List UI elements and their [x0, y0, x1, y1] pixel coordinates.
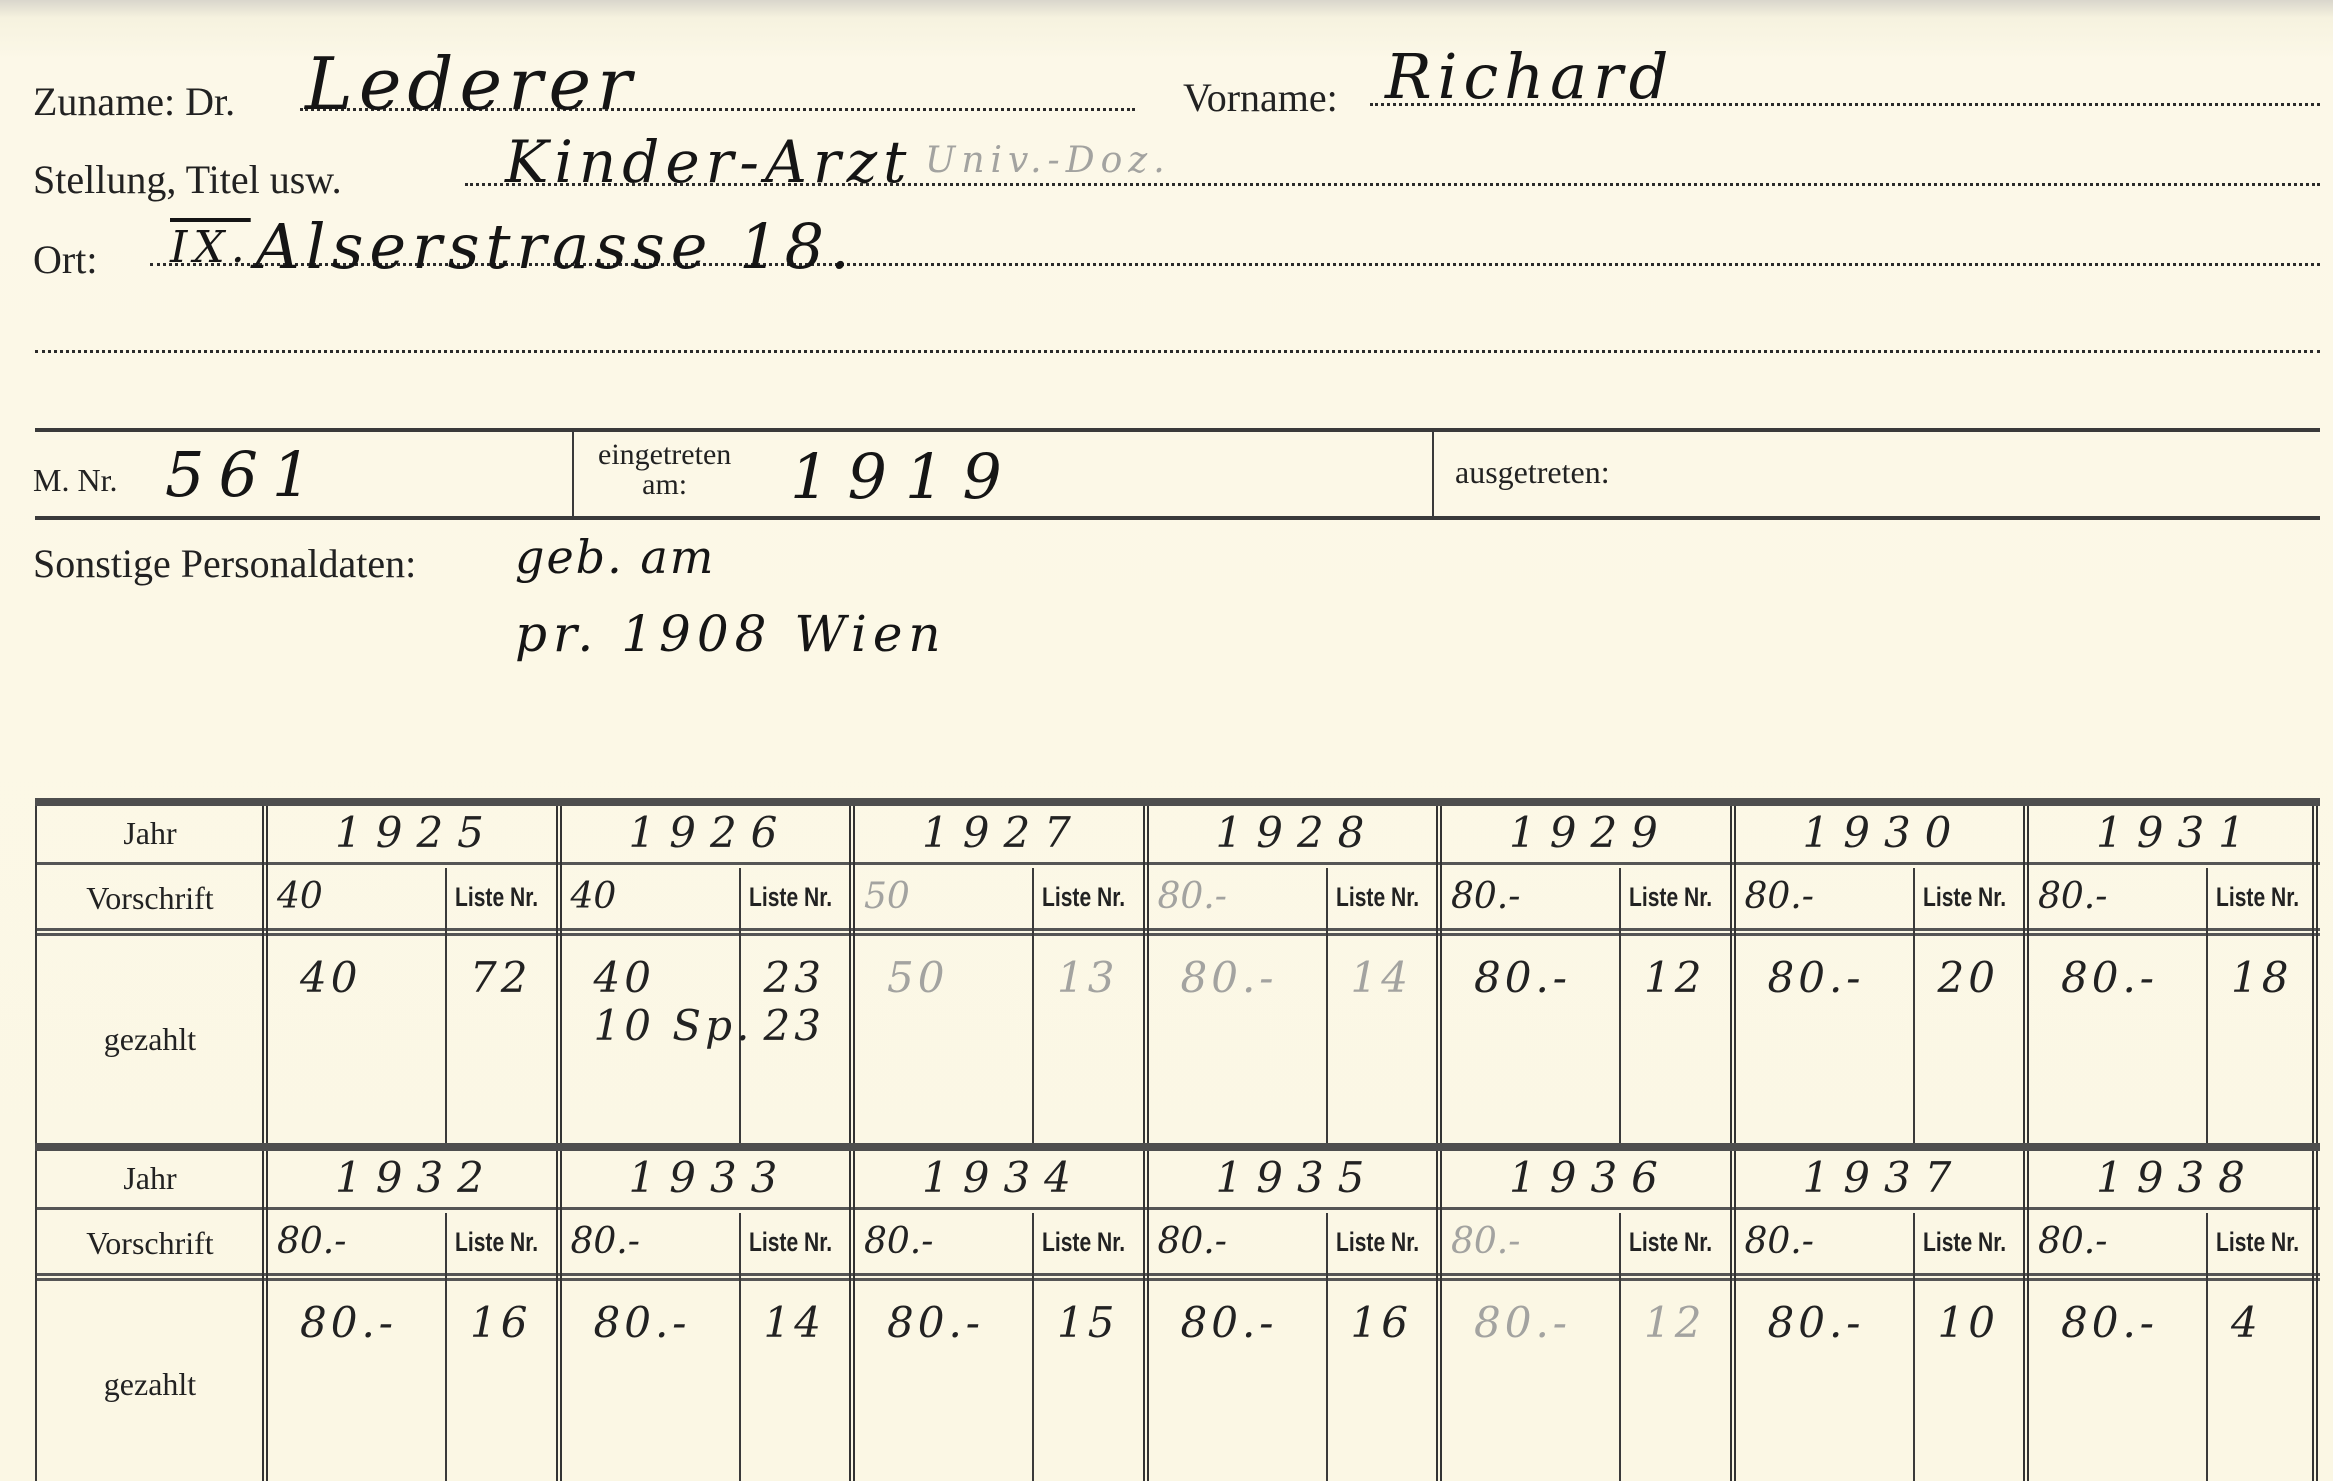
liste-column-divider: [445, 1213, 447, 1481]
table-rule-vorschrift: [35, 928, 2320, 931]
liste-nr-value: 16: [470, 1299, 531, 1347]
liste-column-divider: [1032, 868, 1034, 1143]
liste-nr-value: 23 23: [764, 954, 825, 1050]
vorschrift-label: Vorschrift: [35, 1213, 265, 1273]
stellung-note: Univ.-Doz.: [925, 140, 1171, 181]
liste-nr-value: 12: [1644, 1299, 1705, 1347]
liste-column-divider: [1326, 868, 1328, 1143]
personal-label: Sonstige Personaldaten:: [33, 540, 416, 587]
ort-label: Ort:: [33, 236, 97, 283]
zuname-value: Lederer: [305, 42, 638, 126]
mnr-label: M. Nr.: [33, 462, 117, 499]
year-value: 1933: [629, 1153, 792, 1202]
year-column-divider: [1730, 1151, 1736, 1481]
liste-nr-label: Liste Nr.: [1629, 882, 1712, 913]
payments-table-1932-1938: JahrVorschriftgezahlt193280.-Liste Nr.80…: [35, 1143, 2320, 1481]
year-value: 1931: [2096, 808, 2259, 857]
liste-column-divider: [1032, 1213, 1034, 1481]
year-value: 1935: [1216, 1153, 1379, 1202]
liste-nr-label: Liste Nr.: [1336, 882, 1419, 913]
year-column-divider: [1143, 1151, 1149, 1481]
year-value: 1926: [629, 808, 792, 857]
year-column-divider: [849, 1151, 855, 1481]
vorschrift-label: Vorschrift: [35, 868, 265, 928]
liste-column-divider: [2206, 868, 2208, 1143]
gezahlt-value: 80.-: [1768, 1299, 1865, 1347]
member-divider-1: [572, 432, 574, 516]
stellung-label: Stellung, Titel usw.: [33, 156, 342, 203]
year-value: 1928: [1216, 808, 1379, 857]
year-column-divider: [2023, 1151, 2029, 1481]
ort-value: Alserstrasse 18.: [255, 210, 856, 283]
year-value: 1932: [335, 1153, 498, 1202]
vorschrift-value: 50: [864, 876, 910, 917]
year-value: 1930: [1803, 808, 1966, 857]
eingetreten-label-line2: am:: [598, 470, 731, 500]
gezahlt-label: gezahlt: [35, 1281, 265, 1481]
vorschrift-value: 80.-: [1745, 1221, 1814, 1262]
mnr-value: 561: [165, 438, 325, 511]
gezahlt-label: gezahlt: [35, 936, 265, 1143]
year-column-divider: [556, 1151, 562, 1481]
gezahlt-value: 80.-: [1768, 954, 1865, 1002]
table-rule-vorschrift-2: [35, 1278, 2320, 1281]
personal-line2: pr. 1908 Wien: [515, 605, 947, 663]
zuname-label: Zuname: Dr.: [33, 78, 235, 125]
liste-column-divider: [2206, 1213, 2208, 1481]
table-top-rule: [35, 1143, 2320, 1151]
table-top-rule: [35, 798, 2320, 806]
eingetreten-label-line1: eingetreten: [598, 440, 731, 470]
gezahlt-value: 80.-: [2061, 954, 2158, 1002]
liste-column-divider: [1619, 868, 1621, 1143]
vorname-value: Richard: [1385, 40, 1674, 113]
year-column-divider: [1730, 806, 1736, 1143]
member-divider-2: [1432, 432, 1434, 516]
liste-nr-label: Liste Nr.: [1042, 882, 1125, 913]
year-value: 1927: [922, 808, 1085, 857]
year-column-divider: [2023, 806, 2029, 1143]
liste-column-divider: [1326, 1213, 1328, 1481]
liste-nr-label: Liste Nr.: [1923, 882, 2006, 913]
gezahlt-value: 80.-: [1181, 1299, 1278, 1347]
liste-column-divider: [1913, 1213, 1915, 1481]
gezahlt-value: 80.-: [1474, 1299, 1571, 1347]
vorschrift-value: 80.-: [1451, 876, 1520, 917]
liste-nr-label: Liste Nr.: [1629, 1227, 1712, 1258]
member-top-rule: [35, 428, 2320, 432]
table-rule-jahr: [35, 1207, 2320, 1210]
payments-table-1925-1931: JahrVorschriftgezahlt192540Liste Nr.4072…: [35, 798, 2320, 1143]
vorschrift-value: 80.-: [277, 1221, 346, 1262]
year-column-divider: [1436, 806, 1442, 1143]
personal-line1: geb. am: [515, 530, 715, 584]
vorschrift-value: 80.-: [2038, 1221, 2107, 1262]
vorschrift-value: 40: [277, 876, 323, 917]
year-column-divider: [556, 806, 562, 1143]
membership-card: Zuname: Dr. Lederer Vorname: Richard Ste…: [0, 0, 2333, 1481]
liste-nr-label: Liste Nr.: [1042, 1227, 1125, 1258]
year-column-divider: [262, 806, 268, 1143]
gezahlt-value: 80.-: [594, 1299, 691, 1347]
vorschrift-value: 40: [571, 876, 617, 917]
vorschrift-value: 80.-: [1158, 876, 1227, 917]
gezahlt-value: 80.-: [1474, 954, 1571, 1002]
ausgetreten-label: ausgetreten:: [1455, 454, 1610, 491]
gezahlt-value: 40: [300, 954, 361, 1002]
year-column-divider: [262, 1151, 268, 1481]
year-column-divider: [849, 806, 855, 1143]
ort-district: IX.: [170, 222, 251, 273]
gezahlt-value: 80.-: [2061, 1299, 2158, 1347]
liste-nr-value: 18: [2231, 954, 2292, 1002]
table-rule-vorschrift: [35, 1273, 2320, 1276]
liste-column-divider: [1913, 868, 1915, 1143]
liste-nr-value: 16: [1351, 1299, 1412, 1347]
vorschrift-value: 80.-: [2038, 876, 2107, 917]
year-value: 1934: [922, 1153, 1085, 1202]
liste-nr-value: 13: [1057, 954, 1118, 1002]
gezahlt-value: 80.-: [1181, 954, 1278, 1002]
liste-nr-label: Liste Nr.: [2216, 882, 2299, 913]
liste-nr-value: 20: [1938, 954, 1999, 1002]
table-right-border: [2312, 806, 2318, 1143]
liste-nr-label: Liste Nr.: [1923, 1227, 2006, 1258]
liste-column-divider: [1619, 1213, 1621, 1481]
liste-nr-value: 12: [1644, 954, 1705, 1002]
vorschrift-value: 80.-: [571, 1221, 640, 1262]
jahr-label: Jahr: [35, 1151, 265, 1205]
liste-nr-value: 14: [1351, 954, 1412, 1002]
liste-nr-label: Liste Nr.: [749, 882, 832, 913]
blank-line: [35, 350, 2320, 353]
liste-nr-label: Liste Nr.: [455, 1227, 538, 1258]
eingetreten-label: eingetreten am:: [598, 440, 731, 500]
year-value: 1938: [2096, 1153, 2259, 1202]
vorschrift-value: 80.-: [1451, 1221, 1520, 1262]
eingetreten-value: 1919: [790, 440, 1020, 513]
liste-nr-value: 15: [1057, 1299, 1118, 1347]
vorschrift-value: 80.-: [864, 1221, 933, 1262]
table-rule-jahr: [35, 862, 2320, 865]
gezahlt-value: 50: [887, 954, 948, 1002]
year-value: 1925: [335, 808, 498, 857]
liste-nr-value: 72: [470, 954, 531, 1002]
year-column-divider: [1436, 1151, 1442, 1481]
year-value: 1937: [1803, 1153, 1966, 1202]
gezahlt-value: 80.-: [300, 1299, 397, 1347]
table-right-border: [2312, 1151, 2318, 1481]
liste-nr-value: 4: [2231, 1299, 2262, 1347]
year-value: 1936: [1509, 1153, 1672, 1202]
year-column-divider: [1143, 806, 1149, 1143]
gezahlt-value: 80.-: [887, 1299, 984, 1347]
stellung-value: Kinder-Arzt: [505, 128, 913, 196]
jahr-label: Jahr: [35, 806, 265, 860]
vorname-label: Vorname:: [1183, 74, 1338, 121]
liste-nr-value: 10: [1938, 1299, 1999, 1347]
liste-nr-value: 14: [764, 1299, 825, 1347]
gezahlt-value: 40 10 Sp.: [594, 954, 754, 1050]
vorschrift-value: 80.-: [1745, 876, 1814, 917]
liste-nr-label: Liste Nr.: [1336, 1227, 1419, 1258]
year-value: 1929: [1509, 808, 1672, 857]
table-rule-vorschrift-2: [35, 933, 2320, 936]
liste-nr-label: Liste Nr.: [455, 882, 538, 913]
vorschrift-value: 80.-: [1158, 1221, 1227, 1262]
liste-column-divider: [445, 868, 447, 1143]
member-bottom-rule: [35, 516, 2320, 520]
liste-column-divider: [739, 1213, 741, 1481]
liste-nr-label: Liste Nr.: [2216, 1227, 2299, 1258]
liste-nr-label: Liste Nr.: [749, 1227, 832, 1258]
